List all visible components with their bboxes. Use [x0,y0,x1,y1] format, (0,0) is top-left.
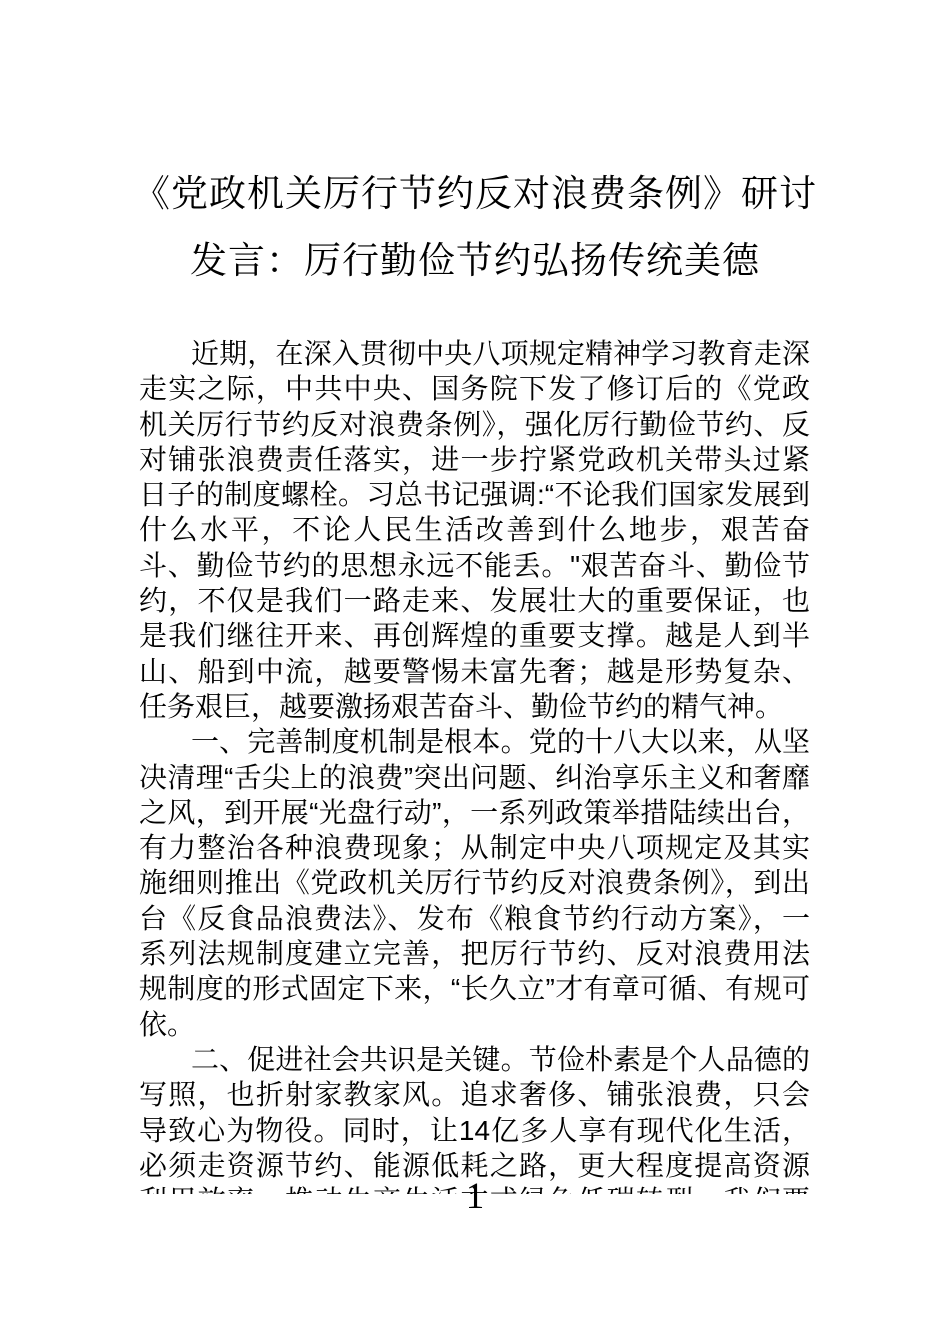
title-line-2: 发言：厉行勤俭节约弘扬传统美德 [75,227,875,294]
document-page: 《党政机关厉行节约反对浪费条例》研讨 发言：厉行勤俭节约弘扬传统美德 近期，在深… [0,0,950,1344]
paragraph-section-one: 一、完善制度机制是根本。党的十八大以来，从坚决清理“舌尖上的浪费”突出问题、纠治… [139,724,810,1042]
paragraph-section-two: 二、促进社会共识是关键。节俭朴素是个人品德的写照，也折射家教家风。追求奢侈、铺张… [139,1042,810,1194]
page-footer: 1 [0,1176,950,1218]
title-line-1: 《党政机关厉行节约反对浪费条例》研讨 [75,160,875,227]
page-number: 1 [466,1176,485,1217]
document-title: 《党政机关厉行节约反对浪费条例》研讨 发言：厉行勤俭节约弘扬传统美德 [75,160,875,294]
paragraph-intro: 近期，在深入贯彻中央八项规定精神学习教育走深走实之际，中共中央、国务院下发了修订… [139,336,810,724]
document-body: 近期，在深入贯彻中央八项规定精神学习教育走深走实之际，中共中央、国务院下发了修订… [139,336,810,1194]
